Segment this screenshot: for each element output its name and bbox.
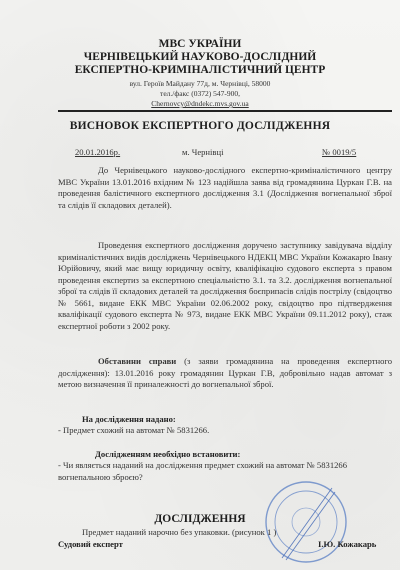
intro-paragraph: До Чернівецького науково-дослідного експ… (58, 165, 392, 211)
document-date: 20.01.2016р. (75, 147, 120, 157)
header-block: МВС УКРАЇНИ ЧЕРНІВЕЦЬКИЙ НАУКОВО-ДОСЛІДН… (0, 38, 400, 109)
ministry-name: МВС УКРАЇНИ (0, 38, 400, 51)
header-divider (58, 110, 392, 112)
document-page: МВС УКРАЇНИ ЧЕРНІВЕЦЬКИЙ НАУКОВО-ДОСЛІДН… (0, 0, 400, 570)
question-line2: вогнепальною зброєю? (58, 472, 143, 482)
research-heading: ДОСЛІДЖЕННЯ (0, 513, 400, 525)
submitted-heading: На дослідження надано: (82, 414, 176, 424)
address: вул. Героїв Майдану 77д, м. Чернівці, 58… (0, 79, 400, 89)
circumstances-paragraph: Обставини справи (з заяви громадянина на… (58, 356, 392, 391)
phone: тел./факс (0372) 547-900, (0, 89, 400, 99)
center-name-line2: ЕКСПЕРТНО-КРИМІНАЛІСТИЧНИЙ ЦЕНТР (0, 64, 400, 77)
email-link[interactable]: Chernovcy@dndekc.mvs.gov.ua (0, 99, 400, 109)
question-heading: Дослідженням необхідно встановити: (95, 449, 240, 459)
circumstances-label: Обставини справи (98, 356, 176, 366)
signature-role: Судовий експерт (58, 539, 123, 549)
question-line1: - Чи являється наданий на дослідження пр… (58, 460, 392, 470)
signature-name: І.Ю. Кожакарь (318, 539, 376, 549)
submitted-item: - Предмет схожий на автомат № 5831266. (58, 425, 209, 435)
document-city: м. Чернівці (182, 147, 223, 157)
assignment-paragraph: Проведення експертного дослідження доруч… (58, 240, 392, 332)
research-text: Предмет наданий нарочно без упаковки. (р… (82, 527, 276, 537)
center-name-line1: ЧЕРНІВЕЦЬКИЙ НАУКОВО-ДОСЛІДНИЙ (0, 51, 400, 64)
document-number: № 0019/5 (322, 147, 356, 157)
document-title: ВИСНОВОК ЕКСПЕРТНОГО ДОСЛІДЖЕННЯ (0, 120, 400, 132)
